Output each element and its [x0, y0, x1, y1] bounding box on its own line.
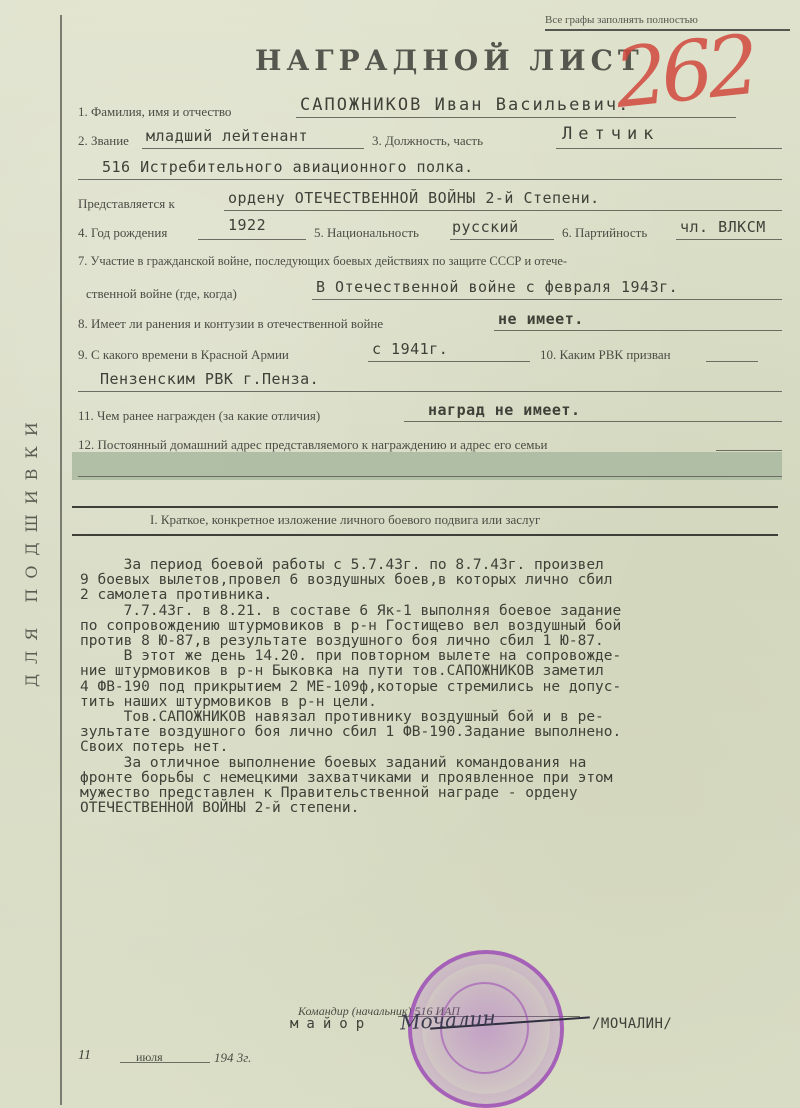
- field-6-value: чл. ВЛКСМ: [680, 218, 766, 236]
- description-line: мужество представлен к Правительственной…: [80, 786, 800, 801]
- field-4-underline: [198, 239, 306, 240]
- description-line: ОТЕЧЕСТВЕННОЙ ВОЙНЫ 2-й степени.: [80, 801, 800, 816]
- description-line: В этот же день 14.20. при повторном выле…: [80, 649, 800, 664]
- field-4-label: 4. Год рождения: [78, 225, 167, 241]
- field-10-cont-underline: [78, 391, 782, 392]
- fill-all-notice: Все графы заполнять полностью: [545, 14, 698, 26]
- field-1-label: 1. Фамилия, имя и отчество: [78, 104, 231, 120]
- field-1-underline: [296, 117, 736, 118]
- description-line: Тов.САПОЖНИКОВ навязал противнику воздуш…: [80, 710, 800, 725]
- field-7-label-line2: ственной войне (где, когда): [86, 286, 237, 302]
- field-2-label: 2. Звание: [78, 133, 129, 149]
- handwritten-registration-number: 262: [610, 18, 758, 127]
- field-8-value: не имеет.: [498, 310, 584, 328]
- field-4-value: 1922: [228, 216, 266, 234]
- presented-underline: [224, 210, 782, 211]
- field-10-underline: [706, 361, 758, 362]
- field-9-value: с 1941г.: [372, 340, 448, 358]
- field-2-value: младший лейтенант: [146, 127, 308, 145]
- field-7-label-line1: 7. Участие в гражданской войне, последую…: [78, 254, 567, 269]
- presented-value: ордену ОТЕЧЕСТВЕННОЙ ВОЙНЫ 2-й Степени.: [228, 189, 600, 207]
- field-7-underline: [312, 299, 782, 300]
- field-3-underline: [556, 148, 782, 149]
- field-3-value: Летчик: [562, 124, 659, 144]
- description-line: против 8 Ю-87,в результате воздушного бо…: [80, 634, 800, 649]
- field-6-label: 6. Партийность: [562, 225, 647, 241]
- section-rule-top: [72, 506, 778, 508]
- signer-name: /МОЧАЛИН/: [592, 1016, 672, 1032]
- field-11-underline: [404, 421, 782, 422]
- section-heading: I. Краткое, конкретное изложение личного…: [150, 512, 540, 528]
- binding-margin-label: ДЛЯ ПОДШИВКИ: [22, 400, 62, 700]
- field-8-underline: [494, 330, 782, 331]
- field-3-value-continued: 516 Истребительного авиационного полка.: [102, 158, 474, 176]
- description-line: тить наших штурмовиков в р-н цели.: [80, 695, 800, 710]
- field-5-label: 5. Национальность: [314, 225, 419, 241]
- field-12-underline: [716, 450, 782, 451]
- description-line: 9 боевых вылетов,провел 6 воздушных боев…: [80, 573, 800, 588]
- field-5-underline: [450, 239, 554, 240]
- field-6-underline: [676, 239, 782, 240]
- description-line: За период боевой работы с 5.7.43г. по 8.…: [80, 558, 800, 573]
- field-3-cont-underline: [78, 179, 782, 180]
- document-title: НАГРАДНОЙ ЛИСТ: [255, 44, 644, 77]
- field-8-label: 8. Имеет ли ранения и контузии в отечест…: [78, 316, 383, 332]
- field-1-value: САПОЖНИКОВ Иван Васильевич.: [300, 95, 630, 115]
- description-line: За отличное выполнение боевых заданий ко…: [80, 756, 800, 771]
- field-9-label: 9. С какого времени в Красной Армии: [78, 347, 289, 363]
- field-3-label: 3. Должность, часть: [372, 133, 483, 149]
- description-line: фронте борьбы с немецкими захватчиками и…: [80, 771, 800, 786]
- field-12-label: 12. Постоянный домашний адрес представля…: [78, 437, 547, 453]
- field-11-value: наград не имеет.: [428, 401, 581, 419]
- description-line: ние штурмовиков в р-н Быковка на пути то…: [80, 664, 800, 679]
- field-10-value: Пензенским РВК г.Пенза.: [100, 370, 319, 388]
- section-rule-bottom: [72, 534, 778, 536]
- description-line: 4 ФВ-190 под прикрытием 2 МЕ-109ф,которы…: [80, 680, 800, 695]
- date-month-underline: [120, 1062, 210, 1063]
- field-9-underline: [368, 361, 530, 362]
- field-2-underline: [142, 148, 364, 149]
- handwritten-signature: Мочалин: [399, 1006, 496, 1035]
- signer-rank: майор: [290, 1016, 372, 1032]
- field-10-label: 10. Каким РВК призван: [540, 347, 671, 363]
- field-7-value: В Отечественной войне с февраля 1943г.: [316, 278, 678, 296]
- description-line: по сопровождению штурмовиков в р-н Гости…: [80, 619, 800, 634]
- description-line: 2 самолета противника.: [80, 588, 800, 603]
- field-5-value: русский: [452, 218, 519, 236]
- description-line: 7.7.43г. в 8.21. в составе 6 Як-1 выполн…: [80, 604, 800, 619]
- description-line: зультате воздушного боя лично сбил 1 ФВ-…: [80, 725, 800, 740]
- field-11-label: 11. Чем ранее награжден (за какие отличи…: [78, 408, 320, 424]
- field-12-cont-underline: [78, 476, 782, 477]
- date-year: 194 3г.: [214, 1050, 251, 1066]
- date-day: 11: [78, 1048, 91, 1064]
- description-line: Своих потерь нет.: [80, 740, 800, 755]
- award-description-text: За период боевой работы с 5.7.43г. по 8.…: [80, 558, 800, 816]
- presented-label: Представляется к: [78, 196, 175, 212]
